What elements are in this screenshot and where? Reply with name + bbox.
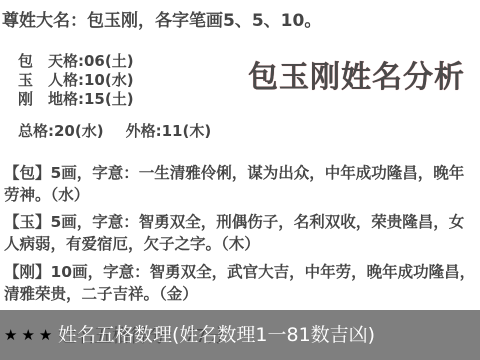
total-grid: 总格:20(水)	[18, 122, 104, 140]
star-rating-icon: ★★★	[4, 326, 56, 344]
char-meaning-bao: 【包】5画，字意：一生清雅伶俐，谋为出众，中年成功隆昌，晚年劳神。（水）	[4, 162, 476, 206]
grid-row-label: 天格:06(土)	[48, 52, 134, 70]
five-grid-list: 包天格:06(土) 玉人格:10(水) 刚地格:15(土)	[18, 52, 134, 109]
caption-bar: ★★★ 姓名五格得分：77分 姓名五格数理(姓名数理1一81数吉凶)	[0, 310, 480, 360]
grid-row-label: 地格:15(土)	[48, 90, 134, 108]
name-summary-header: 尊姓大名：包玉刚，各字笔画5、5、10。	[2, 6, 321, 31]
char-meaning-gang: 【刚】10画，字意：智勇双全，武官大吉，中年劳，晚年成功隆昌，清雅荣贵，二子吉祥…	[4, 261, 476, 305]
grid-row-di: 刚地格:15(土)	[18, 90, 134, 109]
char-meaning-yu: 【玉】5画，字意：智勇双全，刑偶伤子，名利双收，荣贵隆昌，女人病弱，有爱宿厄，欠…	[4, 211, 476, 255]
grid-row-char: 玉	[18, 71, 48, 90]
grid-row-label: 人格:10(水)	[48, 71, 134, 89]
caption-text: 姓名五格数理(姓名数理1一81数吉凶)	[58, 320, 375, 347]
page-title: 包玉刚姓名分析	[248, 52, 465, 96]
total-outer-grid: 总格:20(水)外格:11(木)	[18, 120, 211, 141]
grid-row-tian: 包天格:06(土)	[18, 52, 134, 71]
grid-row-char: 包	[18, 52, 48, 71]
grid-row-char: 刚	[18, 90, 48, 109]
outer-grid: 外格:11(木)	[126, 122, 212, 140]
grid-row-ren: 玉人格:10(水)	[18, 71, 134, 90]
